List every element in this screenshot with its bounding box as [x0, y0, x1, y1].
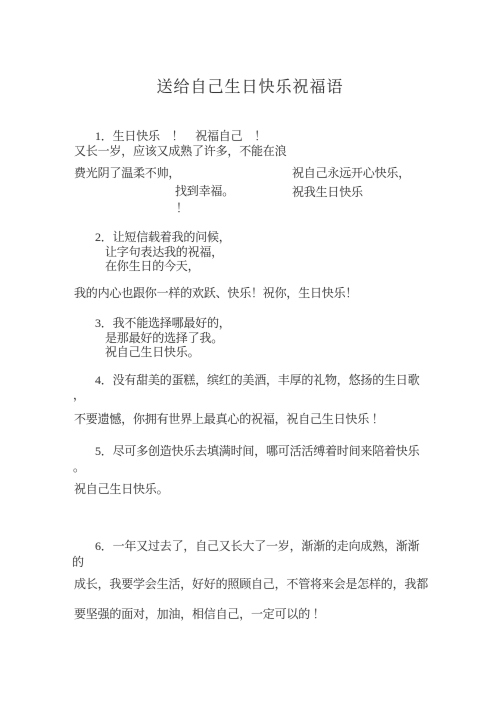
text-line: 找到幸福。 — [175, 184, 234, 198]
text-line: ， — [73, 388, 85, 402]
text-line: 祝自己生日快乐。 — [105, 345, 199, 359]
text-line: 费光阴了温柔不帅， — [74, 166, 180, 180]
text-line: 的 — [72, 555, 84, 569]
text-line: 让字句表达我的祝福， — [105, 245, 223, 259]
text-line: 成长，我要学会生活，好好的照顾自己，不管将来会是怎样的，我都 — [74, 577, 428, 591]
text-line-item1-heading: 1．生日快乐 ！ 祝福自己 ！ — [95, 129, 266, 143]
document-page: 送给自己生日快乐祝福语 1．生日快乐 ！ 祝福自己 ！ 又长一岁，应该又成熟了许… — [0, 0, 500, 708]
text-line: 是那最好的选择了我。 — [105, 331, 223, 345]
text-line-right-column: 祝自己永远开心快乐， — [292, 166, 410, 180]
text-line: 。 — [73, 460, 85, 474]
page-title: 送给自己生日快乐祝福语 — [0, 74, 500, 97]
text-line-item3-heading: 3．我不能选择哪最好的， — [95, 316, 231, 330]
text-line: ！ — [176, 201, 188, 215]
text-line-right-column: 祝我生日快乐 — [292, 185, 363, 199]
text-line: 祝自己生日快乐。 — [74, 482, 168, 496]
text-line: 又长一岁，应该又成熟了许多，不能在浪 — [74, 144, 286, 158]
text-line: 要坚强的面对，加油，相信自己，一定可以的 ！ — [74, 607, 325, 621]
text-line: 在你生日的今天， — [105, 259, 199, 273]
text-line-item6-heading: 6．一年又过去了，自己又长大了一岁，渐渐的走向成熟，渐渐 — [95, 539, 419, 553]
text-line-item5-heading: 5．尽可多创造快乐去填满时间，哪可活活缚着时间来陪着快乐 — [95, 444, 419, 458]
text-line-item2-heading: 2．让短信载着我的问候， — [95, 230, 231, 244]
text-line-item4-heading: 4．没有甜美的蛋糕，缤红的美酒，丰厚的礼物，悠扬的生日歌 — [95, 373, 419, 387]
text-line: 不要遗憾，你拥有世界上最真心的祝福，祝自己生日快乐 ！ — [74, 412, 384, 426]
text-line: 我的内心也跟你一样的欢跃、快乐！祝你，生日快乐！ — [74, 286, 357, 300]
